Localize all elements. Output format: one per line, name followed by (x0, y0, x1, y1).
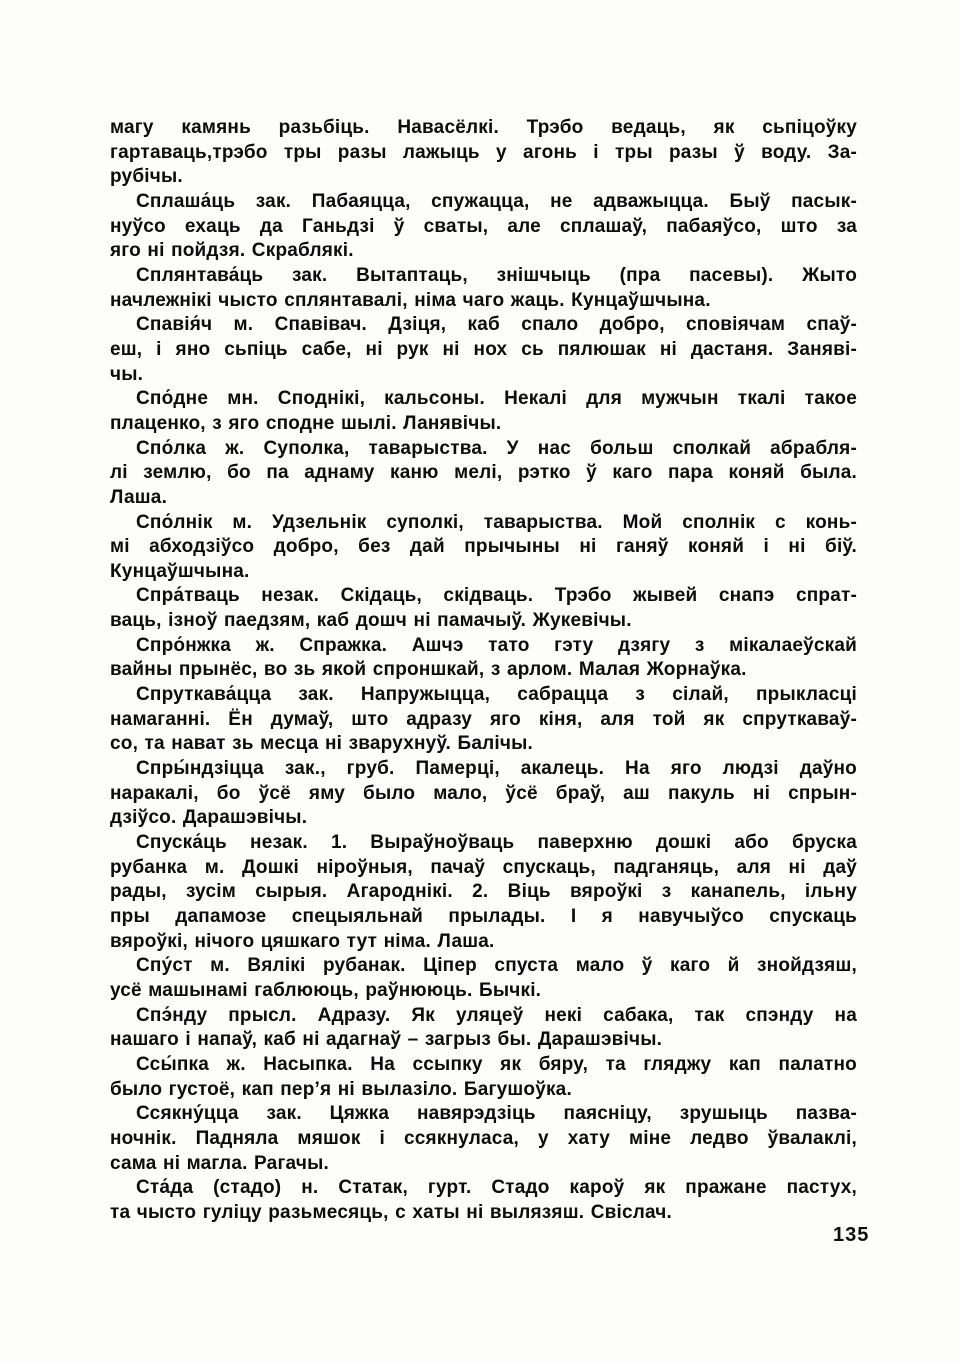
text-line: гартаваць,трэбо тры разы лажыць у агонь … (110, 141, 857, 166)
text-line: Спро́нжка ж. Спражка. Ашчэ тато гэту дзя… (110, 634, 857, 659)
text-line: еш, і яно сьпіць сабе, ні рук ні нох сь … (110, 338, 857, 363)
text-line: рубанка м. Дошкі ніроўныя, пачаў спускац… (110, 856, 857, 881)
text-line: сама ні магла. Рагачы. (110, 1152, 857, 1177)
book-page: магу камянь разьбіць. Навасёлкі. Трэбо в… (0, 0, 960, 1364)
dictionary-text-block: магу камянь разьбіць. Навасёлкі. Трэбо в… (110, 116, 857, 1226)
text-line: Спэ́нду прысл. Адразу. Як уляцеў некі са… (110, 1004, 857, 1029)
text-line: Спо́лка ж. Суполка, таварыства. У нас бо… (110, 437, 857, 462)
text-line: Сплаша́ць зак. Пабаяцца, спужацца, не ад… (110, 190, 857, 215)
text-line: яго ні пойдзя. Скраблякі. (110, 239, 857, 264)
text-line: Спуска́ць незак. 1. Выраўноўваць паверхн… (110, 831, 857, 856)
text-line: Спо́лнік м. Удзельнік суполкі, таварыств… (110, 511, 857, 536)
text-line: плаценко, з яго сподне шылі. Ланявічы. (110, 412, 857, 437)
text-line: лі землю, бо па аднаму каню мелі, рэтко … (110, 461, 857, 486)
text-line: мі абходзіўсо добро, без дай прычыны ні … (110, 535, 857, 560)
text-line: рады, зусім сырыя. Агароднікі. 2. Віць в… (110, 880, 857, 905)
text-line: дзіўсо. Дарашэвічы. (110, 806, 857, 831)
text-line: вяроўкі, нічого цяшкаго тут німа. Лаша. (110, 930, 857, 955)
text-line: Ссякну́цца зак. Цяжка навярэдзіць паясні… (110, 1102, 857, 1127)
text-line: начлежнікі чысто сплянтавалі, німа чаго … (110, 289, 857, 314)
text-line: усё машынамі габлююць, раўнююць. Бычкі. (110, 979, 857, 1004)
text-line: чы. (110, 363, 857, 388)
text-line: Ссы́пка ж. Насыпка. На ссыпку як бяру, т… (110, 1053, 857, 1078)
text-line: намаганні. Ён думаў, што адразу яго кіня… (110, 708, 857, 733)
text-line: Спруткава́цца зак. Напружыцца, сабрацца … (110, 683, 857, 708)
text-line: ночнік. Падняла мяшок і ссякнуласа, у ха… (110, 1127, 857, 1152)
text-line: пры дапамозе спецыяльнай прылады. І я на… (110, 905, 857, 930)
page-number: 135 (833, 1224, 869, 1247)
text-line: Спавія́ч м. Спавівач. Дзіця, каб спало д… (110, 313, 857, 338)
text-line: нуўсо ехаць да Ганьдзі ў сваты, але спла… (110, 215, 857, 240)
text-line: Спу́ст м. Вялікі рубанак. Ціпер спуста м… (110, 954, 857, 979)
text-line: Спры́ндзіцца зак., груб. Памерці, акалец… (110, 757, 857, 782)
text-line: рубічы. (110, 165, 857, 190)
text-line: Спо́дне мн. Споднікі, кальсоны. Некалі д… (110, 387, 857, 412)
text-line: наракалі, бо ўсё яму было мало, ўсё браў… (110, 782, 857, 807)
text-line: было густоё, кап пер’я ні вылазіло. Багу… (110, 1078, 857, 1103)
text-line: Спра́тваць незак. Скідаць, скідваць. Трэ… (110, 584, 857, 609)
text-line: ваць, ізноў паедзям, каб дошч ні памачыў… (110, 609, 857, 634)
text-line: со, та нават зь месца ні зварухнуў. Балі… (110, 732, 857, 757)
text-line: Сплянтава́ць зак. Вытаптаць, знішчыць (п… (110, 264, 857, 289)
text-line: нашаго і напаў, каб ні адагнаў – загрыз … (110, 1028, 857, 1053)
text-line: магу камянь разьбіць. Навасёлкі. Трэбо в… (110, 116, 857, 141)
text-line: Кунцаўшчына. (110, 560, 857, 585)
text-line: Лаша. (110, 486, 857, 511)
text-line: та чысто гуліцу разьмесяць, с хаты ні вы… (110, 1201, 857, 1226)
text-line: вайны прынёс, во зь якой спроншкай, з ар… (110, 658, 857, 683)
text-line: Ста́да (стадо) н. Статак, гурт. Стадо ка… (110, 1176, 857, 1201)
